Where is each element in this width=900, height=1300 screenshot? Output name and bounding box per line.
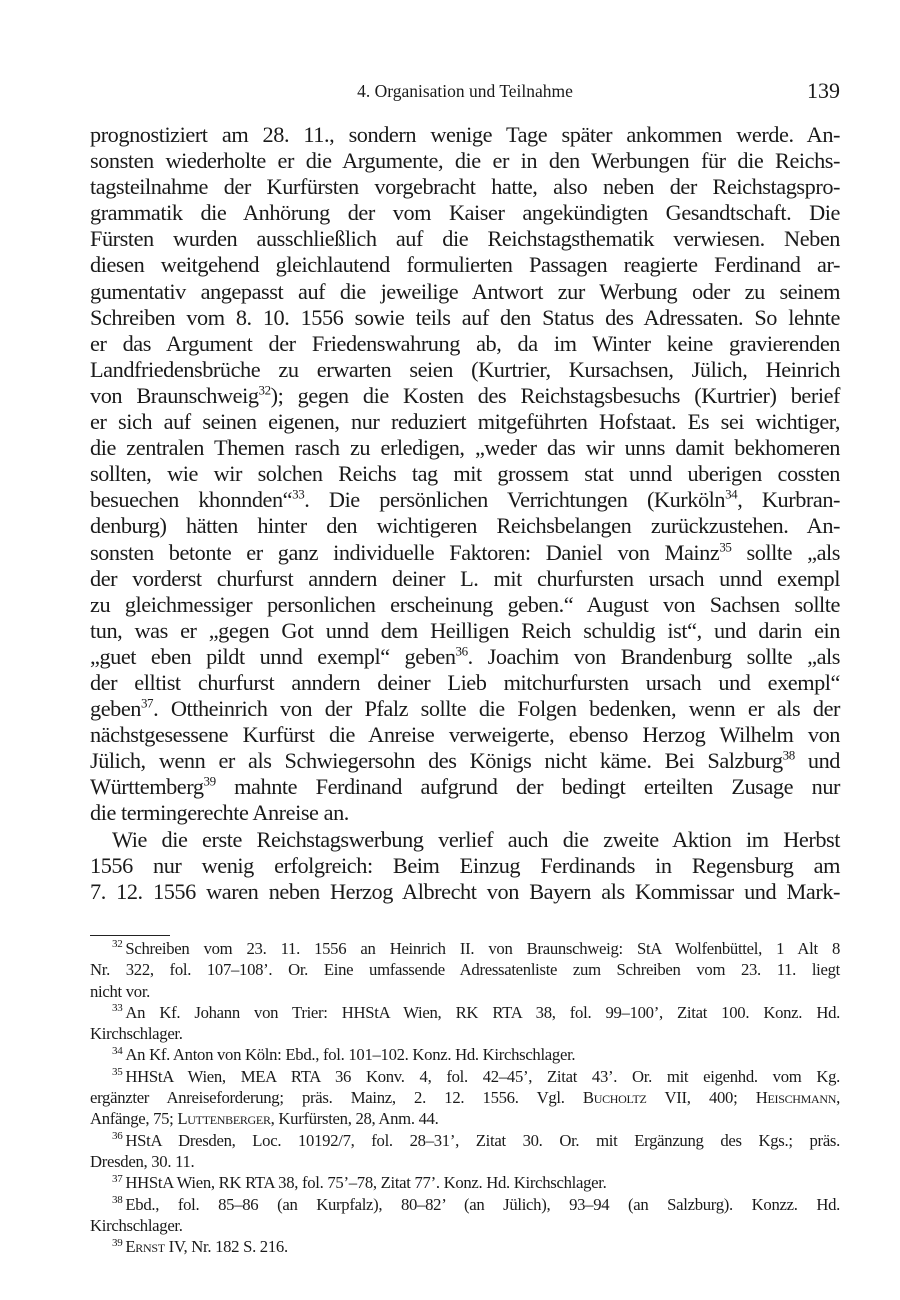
body-line: geben37. Ottheinrich von der Pfalz sollt… <box>90 696 840 722</box>
author-name: Ernst <box>125 1237 164 1256</box>
footnote-line: nicht vor. <box>90 981 840 1002</box>
footnote-32: 32Schreiben vom 23. 11. 1556 an Heinrich… <box>90 938 840 1002</box>
body-line: Württemberg39 mahnte Ferdinand aufgrund … <box>90 774 840 800</box>
footnote-reference[interactable]: 33 <box>292 487 304 502</box>
body-line: tagsteilnahme der Kurfürsten vorgebracht… <box>90 174 840 200</box>
footnote-reference[interactable]: 32 <box>259 383 271 398</box>
body-line: von Braunschweig32); gegen die Kosten de… <box>90 383 840 409</box>
footnote-line: 36HStA Dresden, Loc. 10192/7, fol. 28–31… <box>90 1130 840 1151</box>
body-line: sollten, wie wir solchen Reichs tag mit … <box>90 461 840 487</box>
body-line: die zentralen Themen rasch zu erledigen,… <box>90 435 840 461</box>
footnote-reference[interactable]: 38 <box>783 748 795 763</box>
body-text: prognostiziert am 28. 11., sondern wenig… <box>90 122 840 905</box>
footnote-line: Dresden, 30. 11. <box>90 1151 840 1172</box>
footnote-reference[interactable]: 36 <box>456 643 468 658</box>
footnote-39: 39Ernst IV, Nr. 182 S. 216. <box>90 1236 840 1257</box>
footnote-rule <box>90 935 170 936</box>
author-name: Bucholtz <box>583 1088 647 1107</box>
footnote-line: Anfänge, 75; Luttenberger, Kurfürsten, 2… <box>90 1108 840 1129</box>
body-line: besuechen khonnden“33. Die persönlichen … <box>90 487 840 513</box>
body-line: sonsten betonte er ganz individuelle Fak… <box>90 540 840 566</box>
body-line: Fürsten wurden ausschließlich auf die Re… <box>90 226 840 252</box>
footnote-37: 37HHStA Wien, RK RTA 38, fol. 75’–78, Zi… <box>90 1172 840 1193</box>
footnote-line: 35HHStA Wien, MEA RTA 36 Konv. 4, fol. 4… <box>90 1066 840 1087</box>
footnote-line: 39Ernst IV, Nr. 182 S. 216. <box>90 1236 840 1257</box>
body-line: denburg) hätten hinter den wichtigeren R… <box>90 513 840 539</box>
body-line: nächstgesessene Kurfürst die Anreise ver… <box>90 722 840 748</box>
footnote-number: 36 <box>112 1130 122 1142</box>
body-line: tun, was er „gegen Got unnd dem Heillige… <box>90 618 840 644</box>
footnote-line: ergänzter Anreiseforderung; präs. Mainz,… <box>90 1087 840 1108</box>
body-line: diesen weitgehend gleichlautend formulie… <box>90 252 840 278</box>
page-number: 139 <box>807 78 840 104</box>
footnote-number: 35 <box>112 1066 122 1078</box>
footnote-number: 37 <box>112 1173 122 1185</box>
body-line: der vorderst churfurst anndern deiner L.… <box>90 566 840 592</box>
body-line: „guet eben pildt unnd exempl“ geben36. J… <box>90 644 840 670</box>
body-line: Landfriedensbrüche zu erwarten seien (Ku… <box>90 357 840 383</box>
footnote-line: 33An Kf. Johann von Trier: HHStA Wien, R… <box>90 1002 840 1023</box>
footnote-reference[interactable]: 34 <box>725 487 737 502</box>
footnote-reference[interactable]: 39 <box>204 774 216 789</box>
body-line: Jülich, wenn er als Schwiegersohn des Kö… <box>90 748 840 774</box>
body-line: der elltist churfurst anndern deiner Lie… <box>90 670 840 696</box>
running-head: 4. Organisation und Teilnahme <box>90 81 840 102</box>
body-line: prognostiziert am 28. 11., sondern wenig… <box>90 122 840 148</box>
footnote-36: 36HStA Dresden, Loc. 10192/7, fol. 28–31… <box>90 1130 840 1173</box>
body-line: er das Argument der Friedenswahrung ab, … <box>90 331 840 357</box>
footnote-reference[interactable]: 35 <box>719 539 731 554</box>
body-line: er sich auf seinen eigenen, nur reduzier… <box>90 409 840 435</box>
footnote-number: 38 <box>112 1194 122 1206</box>
page-header: 4. Organisation und Teilnahme 139 <box>90 78 840 108</box>
footnote-line: 34An Kf. Anton von Köln: Ebd., fol. 101–… <box>90 1044 840 1065</box>
body-line: zu gleichmessiger personlichen erscheinu… <box>90 592 840 618</box>
footnote-line: Kirchschlager. <box>90 1215 840 1236</box>
footnote-reference[interactable]: 37 <box>141 696 153 711</box>
body-line: sonsten wiederholte er die Argumente, di… <box>90 148 840 174</box>
body-line: Wie die erste Reichstagswerbung verlief … <box>90 827 840 853</box>
body-line: die termingerechte Anreise an. <box>90 800 840 826</box>
footnote-line: 32Schreiben vom 23. 11. 1556 an Heinrich… <box>90 938 840 959</box>
footnote-33: 33An Kf. Johann von Trier: HHStA Wien, R… <box>90 1002 840 1045</box>
footnote-38: 38Ebd., fol. 85–86 (an Kurpfalz), 80–82’… <box>90 1194 840 1237</box>
footnote-number: 32 <box>112 938 122 950</box>
footnote-number: 33 <box>112 1002 122 1014</box>
footnote-line: 38Ebd., fol. 85–86 (an Kurpfalz), 80–82’… <box>90 1194 840 1215</box>
footnote-line: Nr. 322, fol. 107–108’. Or. Eine umfasse… <box>90 959 840 980</box>
body-line: gumentativ angepasst auf die jeweilige A… <box>90 279 840 305</box>
footnote-35: 35HHStA Wien, MEA RTA 36 Konv. 4, fol. 4… <box>90 1066 840 1130</box>
author-name: Luttenberger <box>177 1109 270 1128</box>
body-line: Schreiben vom 8. 10. 1556 sowie teils au… <box>90 305 840 331</box>
footnote-number: 39 <box>112 1237 122 1249</box>
footnote-number: 34 <box>112 1045 122 1057</box>
author-name: Heischmann <box>756 1088 836 1107</box>
body-line: grammatik die Anhörung der vom Kaiser an… <box>90 200 840 226</box>
body-line: 1556 nur wenig erfolgreich: Beim Einzug … <box>90 853 840 879</box>
footnote-34: 34An Kf. Anton von Köln: Ebd., fol. 101–… <box>90 1044 840 1065</box>
footnote-line: 37HHStA Wien, RK RTA 38, fol. 75’–78, Zi… <box>90 1172 840 1193</box>
footnotes: 32Schreiben vom 23. 11. 1556 an Heinrich… <box>90 938 840 1257</box>
footnote-line: Kirchschlager. <box>90 1023 840 1044</box>
body-line: 7. 12. 1556 waren neben Herzog Albrecht … <box>90 879 840 905</box>
